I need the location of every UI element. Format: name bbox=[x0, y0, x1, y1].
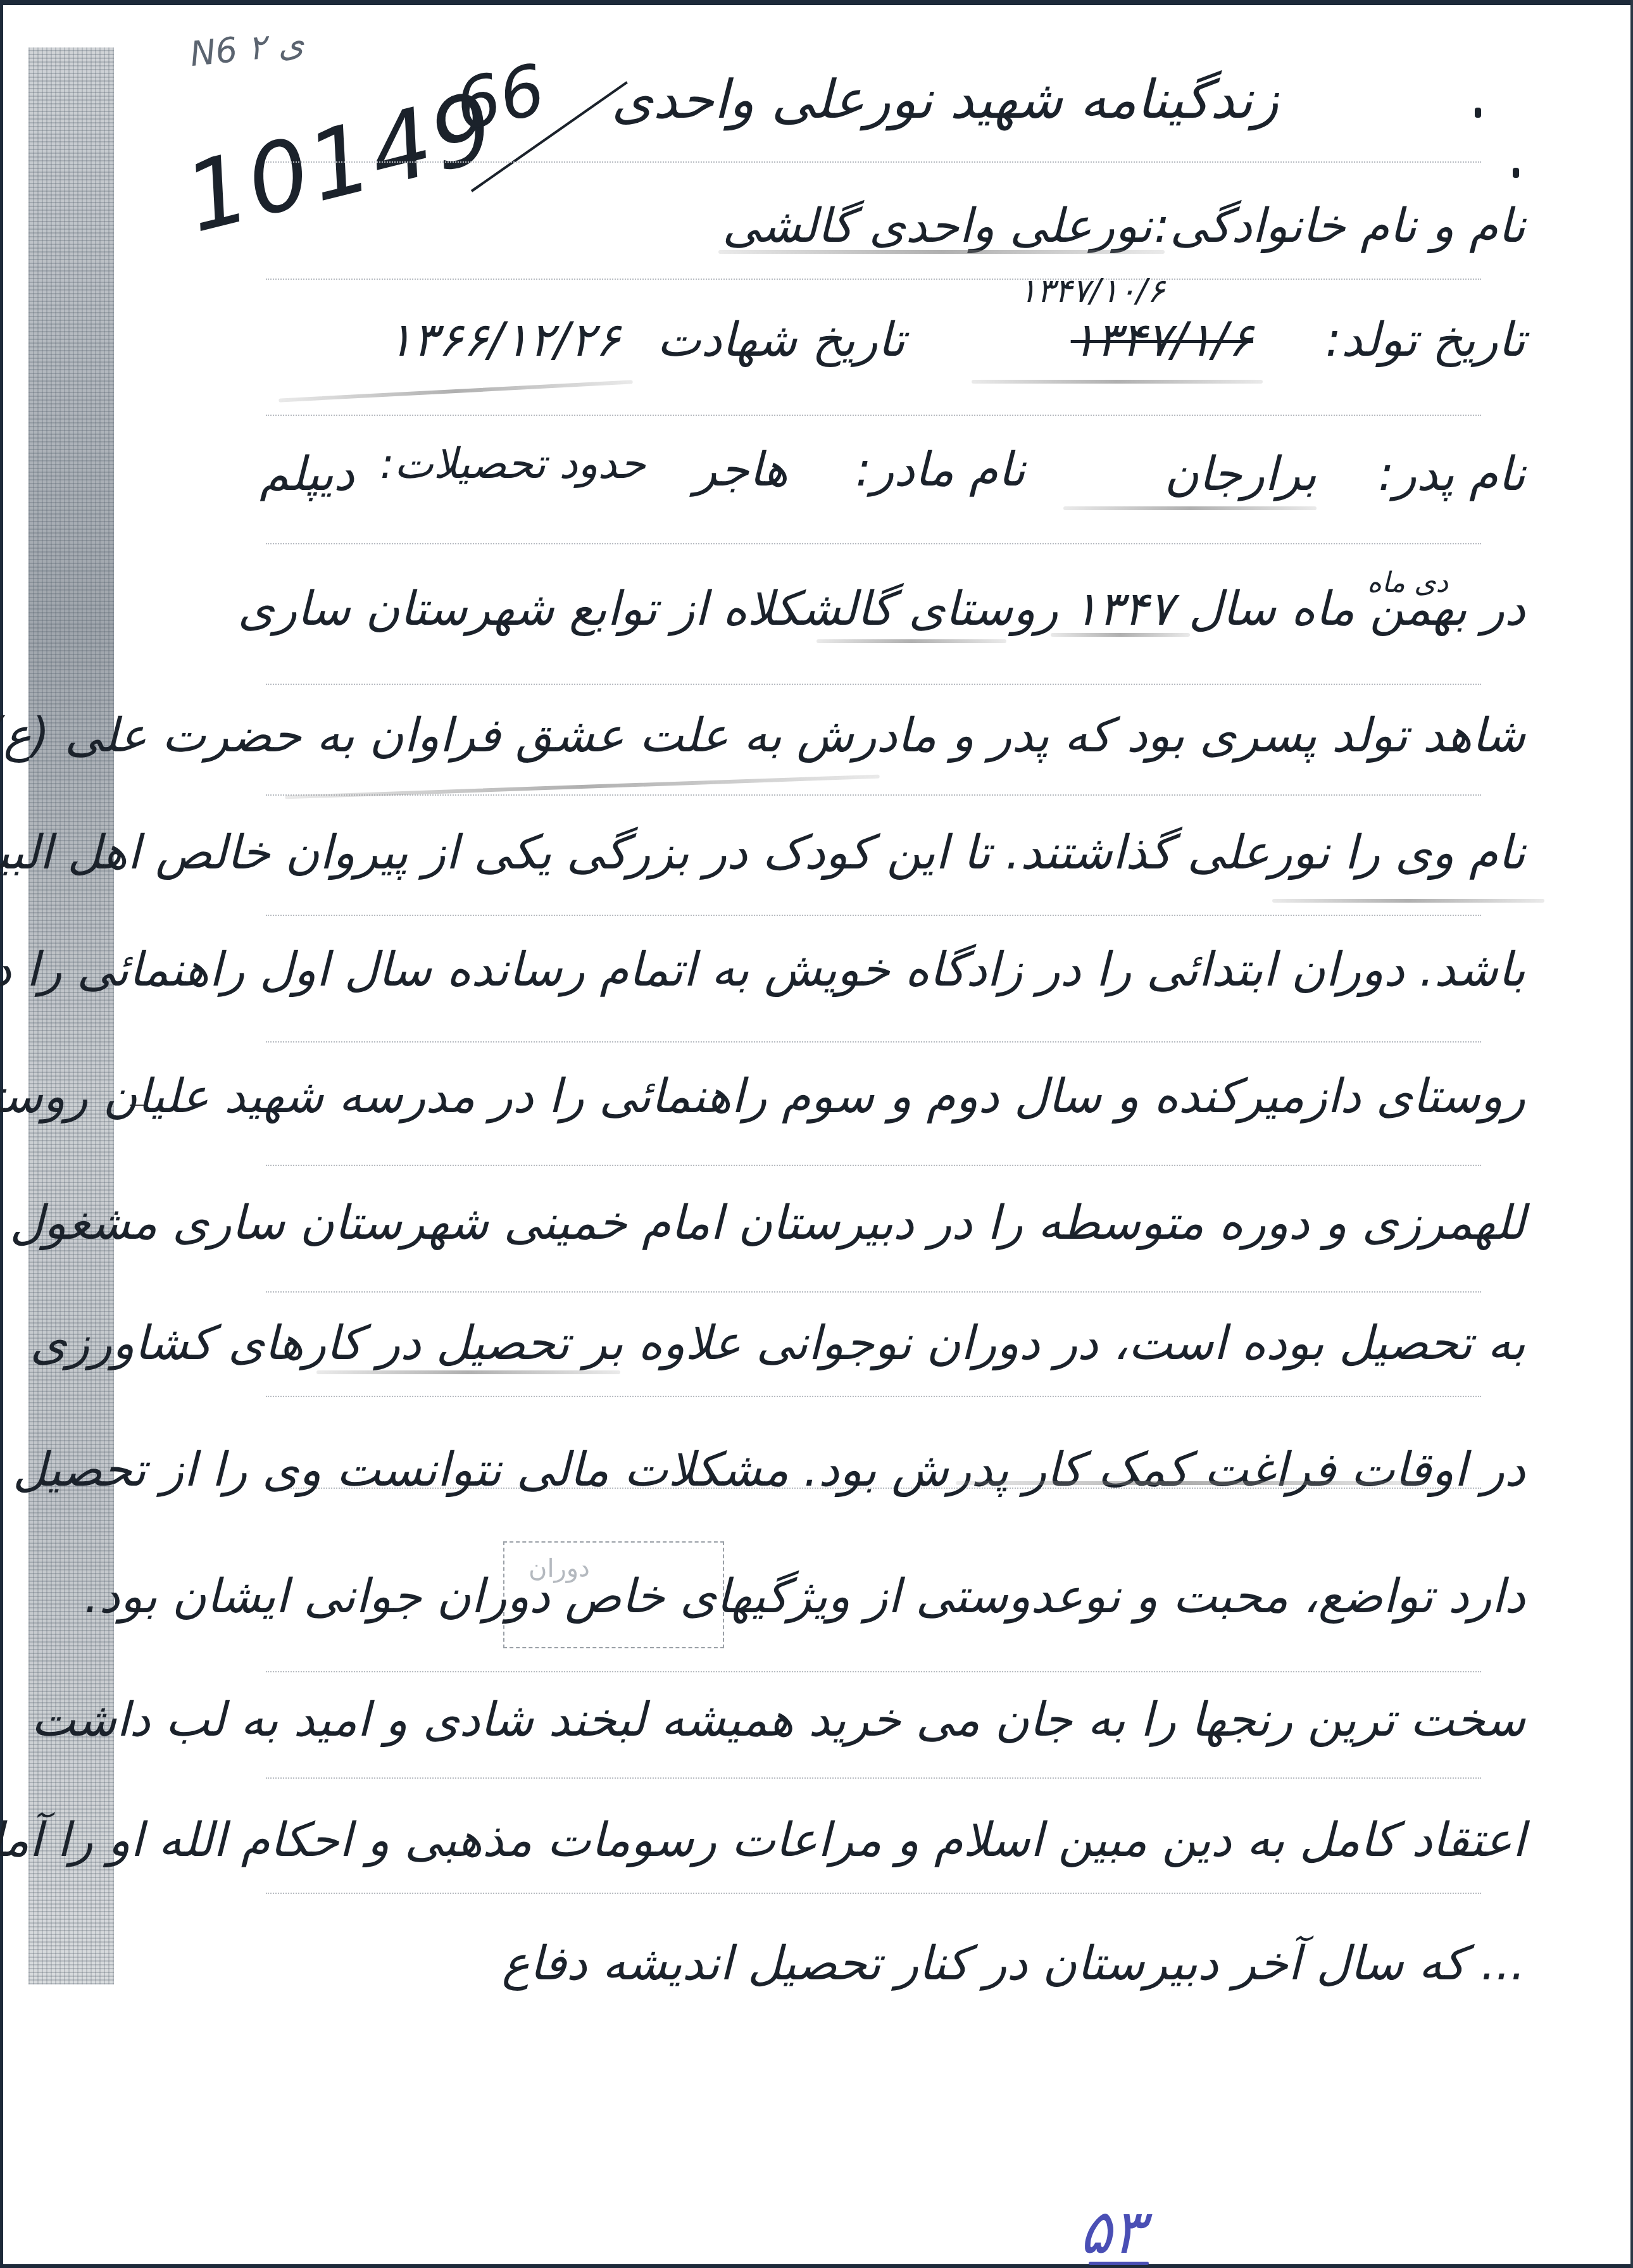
ruled-line bbox=[266, 1396, 1481, 1397]
faint-reference-code: N6 ۲ ی bbox=[188, 23, 306, 75]
pencil-underline bbox=[816, 639, 1006, 643]
education-value: دیپلم bbox=[260, 451, 354, 498]
page-number: ۵۳ bbox=[1079, 2196, 1144, 2267]
pencil-underline bbox=[1063, 506, 1317, 510]
full-name-label: نام و نام خانوادگی: bbox=[1154, 203, 1525, 249]
body-line-2: شاهد تولد پسری بود که پدر و مادرش به علت… bbox=[241, 712, 1525, 759]
ruled-line bbox=[266, 684, 1481, 685]
father-label: نام پدر: bbox=[1378, 451, 1525, 498]
ruled-line bbox=[266, 794, 1481, 796]
scan-top-edge bbox=[0, 0, 1633, 5]
ruled-line bbox=[266, 1165, 1481, 1166]
scan-left-edge bbox=[0, 0, 3, 2268]
birth-date-correction: ۱۳۴۷/۱۰/۶ bbox=[1019, 272, 1165, 310]
body-line-5: روستای دازمیرکنده و سال دوم و سوم راهنما… bbox=[241, 1073, 1525, 1120]
pencil-underline bbox=[278, 380, 633, 402]
ruled-line bbox=[266, 1291, 1481, 1293]
body-line-11: اعتقاد کامل به دین مبین اسلام و مراعات ر… bbox=[241, 1817, 1525, 1864]
margin-dot bbox=[1513, 168, 1519, 178]
birth-date-struck: ۱۳۴۷/۱/۶ bbox=[1071, 316, 1253, 363]
body-line-10: سخت ترین رنجها را به جان می خرید همیشه ل… bbox=[241, 1696, 1525, 1743]
body-line-7: به تحصیل بوده است، در دوران نوجوانی علاو… bbox=[241, 1320, 1525, 1367]
ruled-line bbox=[266, 1777, 1481, 1779]
ruled-line bbox=[266, 1893, 1481, 1894]
pencil-underline bbox=[1272, 899, 1544, 903]
body-line-1: در بهمن ماه سال ۱۳۴۷ روستای گالشکلاه از … bbox=[241, 586, 1525, 632]
pencil-underline bbox=[956, 1481, 1424, 1485]
body-line-9: دارد تواضع، محبت و نوعدوستی از ویژگیهای … bbox=[241, 1573, 1525, 1620]
pencil-underline bbox=[1051, 633, 1190, 637]
body-line-3: نام وی را نورعلی گذاشتند. تا این کودک در… bbox=[241, 829, 1525, 876]
martyrdom-date-value: ۱۳۶۶/۱۲/۲۶ bbox=[387, 316, 620, 363]
full-name-value: نورعلی واحدی گالشی bbox=[722, 203, 1152, 249]
mother-label: نام مادر: bbox=[856, 446, 1025, 493]
scan-right-edge bbox=[1630, 0, 1633, 2268]
ruled-line bbox=[266, 1041, 1481, 1043]
father-value: برارجان bbox=[1165, 451, 1317, 498]
pencil-underline bbox=[972, 380, 1263, 384]
pencil-underline bbox=[718, 250, 1165, 254]
page-title: زندگینامه شهید نورعلی واحدی bbox=[611, 73, 1279, 126]
ruled-line bbox=[266, 415, 1481, 416]
body-line-6: للهمرزی و دوره متوسطه را در دبیرستان اما… bbox=[241, 1200, 1525, 1246]
page-number-underline bbox=[1089, 2262, 1149, 2265]
birth-date-label: تاریخ تولد: bbox=[1325, 316, 1525, 363]
folder-number: 66 bbox=[448, 49, 552, 146]
education-label: حدود تحصیلات: bbox=[380, 443, 646, 485]
ruled-line bbox=[266, 161, 1481, 163]
margin-dot bbox=[1475, 108, 1481, 118]
body-line-8: در اوقات فراغت کمک کار پدرش بود. مشکلات … bbox=[241, 1446, 1525, 1493]
martyrdom-date-label: تاریخ شهادت bbox=[657, 316, 905, 363]
pencil-underline bbox=[316, 1370, 620, 1374]
body-line-12: ... که سال آخر دبیرستان در کنار تحصیل ان… bbox=[241, 1940, 1525, 1987]
ruled-line bbox=[266, 1671, 1481, 1672]
ruled-line bbox=[266, 543, 1481, 544]
body-line-4: باشد. دوران ابتدائی را در زادگاه خویش به… bbox=[241, 946, 1525, 993]
ruled-line bbox=[266, 915, 1481, 916]
mother-value: هاجر bbox=[694, 446, 788, 493]
ruled-line bbox=[266, 279, 1481, 280]
scan-bottom-edge bbox=[0, 2264, 1633, 2268]
